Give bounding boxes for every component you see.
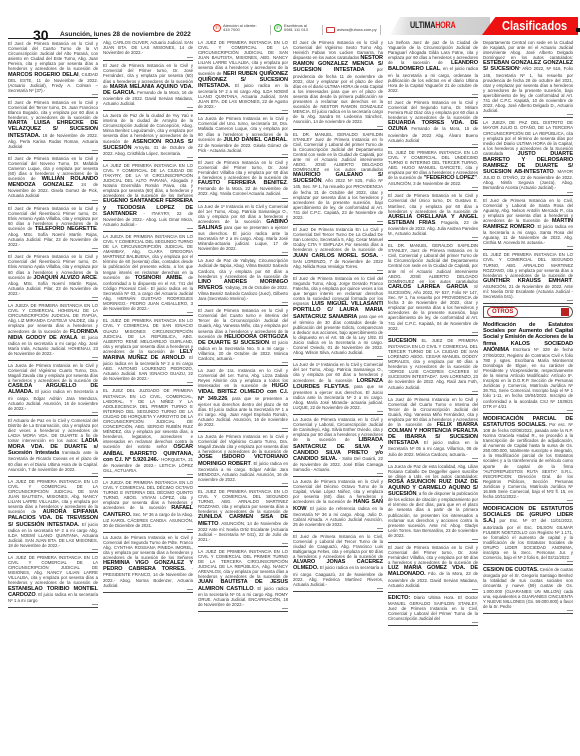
ad-code: ▬▬	[388, 186, 478, 189]
ad-code: ▬▬	[198, 427, 288, 430]
ad-code: ▬▬	[8, 472, 98, 475]
ad-code: ▬▬	[293, 472, 383, 475]
legal-notice: El Actuario de Paz en lo Civil y Comerci…	[8, 416, 98, 477]
legal-notice: El Juez de Primera Instancia en lo Civil…	[8, 252, 98, 301]
ad-code: ▬▬	[388, 331, 478, 334]
deceased-name: MARCOS ROGERIO DELAI	[8, 72, 78, 78]
ad-code: ▬▬	[483, 499, 573, 502]
deceased-name: CARLOS LARREA GARCIA	[388, 284, 468, 290]
column-3: LA JUEZ DE PRIMERA INSTANCIA EN LO CIVIL…	[198, 38, 288, 612]
column-6: Departamento Central con sede en la Ciud…	[483, 38, 573, 614]
section-brand: ULTIMAHORA Clasificados	[390, 17, 580, 35]
ad-code: ▬▬	[198, 542, 288, 545]
ad-code: ▬▬	[388, 588, 478, 591]
ad-code: ▬▬	[483, 609, 573, 612]
legal-notice: EL JUEZ DE PRIMERA INSTANCIA EN LO CIVIL…	[103, 316, 193, 386]
ad-code: ▬▬	[198, 197, 288, 200]
legal-notice: Abg. CARLOS OLIVER, Actuario Judicial. S…	[103, 38, 193, 61]
ad-code: ▬▬	[388, 236, 478, 239]
legal-notice: SUCESION EL JUEZ DE PRIMERA INSTANCIA EN…	[388, 336, 478, 395]
ad-code: ▬▬	[8, 356, 98, 359]
ad-code: ▬▬	[103, 56, 193, 59]
legal-notice: El Juez de Primera Instancia en lo Civil…	[8, 39, 98, 98]
column-5: La Señora Juez de paz de la Ciudad de Ya…	[388, 38, 478, 626]
legal-notice: El Juez de Primera Instancia en lo Civil…	[8, 98, 98, 154]
section-title: Clasificados	[502, 18, 567, 33]
ad-code: ▬▬	[103, 381, 193, 384]
whatsapp-contact: ✆ Escríbinos al0981 111 013	[274, 24, 308, 33]
legal-notice: LA JUEZA DE PRIMERA INSTANCIA EN LO CIVI…	[103, 232, 193, 316]
deceased-name: TOSINORI AMBE	[135, 275, 182, 281]
ad-code: ▬▬	[8, 411, 98, 414]
ad-code: ▬▬	[198, 607, 288, 610]
ad-code: ▬▬	[8, 93, 98, 96]
legal-notice: La Jueza de Primera Instancia en lo Civi…	[8, 361, 98, 416]
legal-notice: La Jueza de Primera Instancia en lo Civi…	[198, 114, 288, 158]
ad-code: ▬▬	[293, 125, 383, 128]
section-header-otros: OTROS	[483, 306, 573, 318]
ad-code: ▬▬	[103, 106, 193, 109]
legal-notice: LA JUEZ DE PRIMERA INSTANCIA EN LO CIVIL…	[198, 38, 288, 114]
whatsapp-icon: ✆	[274, 24, 282, 32]
ad-code: ▬▬	[388, 93, 478, 96]
legal-notice: EDICTO: Diario Ultima Hora. El Doctor MA…	[388, 593, 478, 626]
legal-notice: El Juez de Primera Instancia en lo Civil…	[388, 98, 478, 148]
ad-code: ▬▬	[8, 296, 98, 299]
ad-code: ▬▬	[483, 245, 573, 248]
legal-notice: EL JUEZ DE PRIMERA INSTANCIA EN LO CIVIL…	[388, 148, 478, 192]
legal-notice: EL JUEZ DE PRIMERA INSTANCIA EN LO CIVIL…	[198, 487, 288, 547]
ad-code: ▬▬	[483, 191, 573, 194]
ad-code: ▬▬	[8, 603, 98, 606]
legal-notice: La Jueza de Paz de la ciudad de Yvy Yaú …	[103, 111, 193, 161]
page-header: 30 Asunción, lunes 28 de noviembre de 20…	[0, 0, 580, 34]
email-contact: avisos@uhora.com.py	[326, 27, 377, 33]
deceased-name: JOAQUIN ALVIZO ARCE	[33, 275, 96, 281]
legal-notice: MODIFICACIÓN PARCIAL DE ESTATUTOS SOCIAL…	[483, 414, 573, 505]
deceased-name: JULIO DANIEL CABRAL	[223, 137, 286, 143]
ad-code: ▬▬	[293, 587, 383, 590]
legal-notice: Departamento Central con sede en la Ciud…	[483, 38, 573, 118]
dateline: Asunción, lunes 28 de noviembre de 2022	[60, 31, 191, 38]
column-4: El Juez de Primera Instancia en lo Civil…	[293, 38, 383, 592]
legal-notice: MODIFICACION DE ESTATUTOS SOCIALES DE (G…	[483, 504, 573, 565]
legal-notice: El Juez de Primera Instancia en lo Civil…	[8, 154, 98, 204]
legal-notice: LA JUEZA DE PRIMERA INSTANCIA EN LO CIVI…	[8, 301, 98, 361]
legal-notice: El Juez de Primera Instancia en lo Civil…	[198, 306, 288, 366]
ad-code: ▬▬	[103, 528, 193, 531]
legal-notice: La Juez de 1º Instancia en lo Civil y Co…	[198, 202, 288, 257]
ad-code: ▬▬	[8, 247, 98, 250]
ad-code: ▬▬	[388, 143, 478, 146]
column-2: Abg. CARLOS OLIVER, Actuario Judicial. S…	[103, 38, 193, 593]
legal-notice: La Jueza de Primera Instancia en lo Civi…	[293, 415, 383, 477]
legal-notice: La Jueza de Primera Instancia en lo Civi…	[103, 533, 193, 593]
ad-code: ▬▬	[103, 588, 193, 591]
ad-code: ▬▬	[198, 361, 288, 364]
deceased-name: "FEDERICO LOPEZ"	[424, 175, 477, 181]
legal-notice: El Juez de Primera Instancia en lo Civil…	[293, 532, 383, 592]
ad-code: ▬▬	[293, 220, 383, 223]
legal-notice: Modificación de Estatutos Sociales por A…	[483, 320, 573, 414]
customer-service-contact: ✆ Atención al cliente:415 7000	[213, 24, 257, 33]
divider	[270, 25, 271, 35]
legal-notice: El Juez de Primera Instancia en lo Civil…	[388, 543, 478, 593]
divider	[380, 25, 381, 35]
legal-notice: La Juez de Paz de Yabytay, Circunscripci…	[198, 256, 288, 306]
legal-notice: EL JUEZ DE PRIMERA INSTANCIA EN LO CIVIL…	[483, 250, 573, 304]
deceased-name: FAUSTO FERREIRA BENITEZ	[198, 180, 287, 186]
legal-notice: EL DR. MANUEL GERALDO SAIFILDIN STANLEY,…	[388, 241, 478, 336]
ad-code: ▬▬	[8, 199, 98, 202]
section-icon	[561, 308, 569, 316]
legal-notice: CESION DE CUOTAS. Cesión de cuotas otorg…	[483, 565, 573, 614]
ad-code: ▬▬	[293, 410, 383, 413]
ad-code: ▬▬	[388, 457, 478, 460]
ad-code: ▬▬	[483, 299, 573, 302]
ad-code: ▬▬	[388, 621, 478, 624]
mail-icon	[326, 27, 335, 33]
deceased-name: SUCESION	[388, 338, 416, 344]
deceased-name: HERMINIA VIGO GONZALEZ Y PEDRO CABRERA T…	[103, 560, 193, 572]
ad-code: ▬▬	[198, 153, 288, 156]
legal-notice: El Juez de Primera Instancia en lo Civil…	[293, 274, 383, 360]
legal-notice: LA JUEZ DE PRIMERA INSTANCIA EN LO CIVIL…	[8, 477, 98, 553]
legal-notice: El Juez de Primera Instancia en lo Civil…	[198, 158, 288, 202]
ad-code: ▬▬	[198, 109, 288, 112]
legal-notice: La Señora Juez de paz de la Ciudad de Ya…	[388, 38, 478, 98]
ad-code: ▬▬	[388, 390, 478, 393]
ad-code: ▬▬	[293, 269, 383, 272]
ad-code: ▬▬	[483, 560, 573, 563]
ad-code: ▬▬	[8, 149, 98, 152]
legal-notice: LA JUEZA DE PAZ DEL DISTRITO DE MAYOR JU…	[483, 118, 573, 195]
deceased-name: EDICTO:	[388, 595, 410, 601]
ad-code: ▬▬	[198, 482, 288, 485]
deceased-name: JUAN CARLOS MOREL SOSA.	[293, 253, 378, 259]
ad-code: ▬▬	[293, 355, 383, 358]
legal-notice: LA JUEZ DE PRIMERA INSTANCIA EN LO CIVIL…	[103, 161, 193, 232]
ad-code: ▬▬	[388, 538, 478, 541]
ad-code: ▬▬	[198, 251, 288, 254]
phone-icon: ✆	[213, 24, 221, 32]
ad-code: ▬▬	[103, 227, 193, 230]
legal-notice: El Juez de Primera Instancia en lo Civil…	[293, 38, 383, 130]
legal-notice: El Juez De Primera Instancia En Lo Civil…	[293, 225, 383, 274]
legal-notice: La Juez de 1º Instancia en lo Civil y Co…	[293, 360, 383, 415]
newspaper-logo: ULTIMAHORA	[410, 20, 455, 30]
ad-code: ▬▬	[103, 156, 193, 159]
legal-notice: La Jueza de Primera Instancia en lo Civi…	[198, 432, 288, 487]
legal-notice: El Juez de Primera Instancia en lo Civil…	[103, 61, 193, 111]
divider	[322, 25, 323, 35]
legal-notice: LA JUEZA DE PRIMERA INSTANCIA EN LO CIVI…	[103, 478, 193, 533]
ad-code: ▬▬	[103, 473, 193, 476]
legal-notice: LA JUEZ DE PRIMERA INSTANCIA EN LO CIVIL…	[198, 547, 288, 612]
legal-notice: LA JUEZ DE PRIMERA INSTANCIA EN LO CIVIL…	[8, 553, 98, 608]
legal-notice: EL DR. MANUEL GERALDO SAIFILDIN STANLEY …	[293, 130, 383, 226]
legal-notice: La Juez de Primera Instancia en lo Civil…	[388, 395, 478, 462]
ad-code: ▬▬	[483, 113, 573, 116]
deceased-name: GUNTHER KRAUSS EMHART	[483, 278, 572, 284]
ad-code: ▬▬	[8, 548, 98, 551]
legal-notice: La Jueza de Paz de esta localidad, Abg. …	[388, 462, 478, 543]
deceased-name: CESION DE CUOTAS.	[483, 567, 538, 573]
deceased-name: TELEFORD NEGRETTE	[35, 226, 97, 232]
ad-code: ▬▬	[293, 527, 383, 530]
legal-notice: La Jueza de Primera Instancia en lo Civi…	[293, 477, 383, 532]
legal-notice: EL JUEZ DEL JUZGADO DE PRIMERA INSTANCIA…	[103, 386, 193, 478]
legal-notice: La Juez de 1ra. Instancia en lo Civil y …	[198, 366, 288, 432]
legal-notice: El Juez de Primera Instancia en lo Civil…	[483, 196, 573, 251]
legal-notice: El Juez de Primera Instancia en lo Civil…	[388, 191, 478, 241]
ad-code: ▬▬	[483, 409, 573, 412]
column-1: El Juez de Primera Instancia en lo Civil…	[8, 38, 98, 608]
ad-code: ▬▬	[198, 301, 288, 304]
legal-notice: El Juez de Primera Instancia en lo Civil…	[8, 204, 98, 253]
ad-code: ▬▬	[103, 311, 193, 314]
